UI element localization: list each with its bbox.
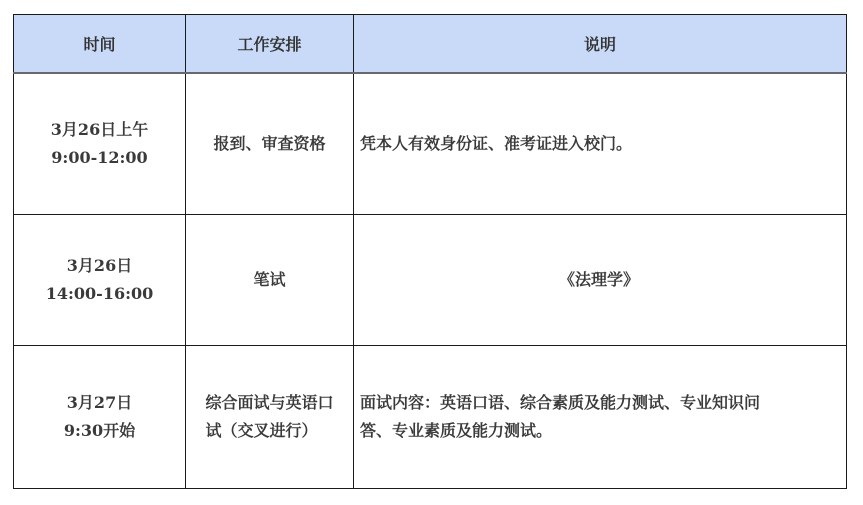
- header-task: 工作安排: [186, 15, 354, 74]
- time-date: 3月26日: [14, 252, 185, 280]
- description-text: 《法理学》: [559, 270, 639, 289]
- task-text: 报到、审查资格: [186, 130, 353, 158]
- header-row: 时间 工作安排 说明: [14, 15, 847, 74]
- table-row: 3月26日上午 9:00-12:00 报到、审查资格 凭本人有效身份证、准考证进…: [14, 73, 847, 215]
- header-time: 时间: [14, 15, 186, 74]
- task-cell: 综合面试与英语口 试（交叉进行）: [186, 346, 354, 489]
- schedule-table: 时间 工作安排 说明 3月26日上午 9:00-12:00 报到、审查资格 凭本…: [13, 14, 847, 489]
- time-range: 9:00-12:00: [14, 144, 185, 172]
- description-line: 面试内容：英语口语、综合素质及能力测试、专业知识问: [360, 389, 838, 417]
- table-row: 3月27日 9:30开始 综合面试与英语口 试（交叉进行） 面试内容：英语口语、…: [14, 346, 847, 489]
- description-line: 答、专业素质及能力测试。: [360, 417, 838, 445]
- description-cell: 凭本人有效身份证、准考证进入校门。: [354, 73, 847, 215]
- task-cell: 报到、审查资格: [186, 73, 354, 215]
- time-date: 3月26日上午: [14, 116, 185, 144]
- task-text: 笔试: [186, 266, 353, 294]
- description-text: 凭本人有效身份证、准考证进入校门。: [360, 134, 632, 153]
- task-text-line: 综合面试与英语口: [205, 389, 333, 417]
- header-description: 说明: [354, 15, 847, 74]
- task-text-wrap: 综合面试与英语口 试（交叉进行）: [205, 389, 333, 445]
- time-cell: 3月26日上午 9:00-12:00: [14, 73, 186, 215]
- time-cell: 3月27日 9:30开始: [14, 346, 186, 489]
- description-cell: 《法理学》: [354, 215, 847, 346]
- time-date: 3月27日: [14, 389, 185, 417]
- time-cell: 3月26日 14:00-16:00: [14, 215, 186, 346]
- time-range: 14:00-16:00: [14, 280, 185, 308]
- table-row: 3月26日 14:00-16:00 笔试 《法理学》: [14, 215, 847, 346]
- task-text-line: 试（交叉进行）: [205, 417, 333, 445]
- time-start: 9:30开始: [14, 417, 185, 445]
- description-cell: 面试内容：英语口语、综合素质及能力测试、专业知识问 答、专业素质及能力测试。: [354, 346, 847, 489]
- task-cell: 笔试: [186, 215, 354, 346]
